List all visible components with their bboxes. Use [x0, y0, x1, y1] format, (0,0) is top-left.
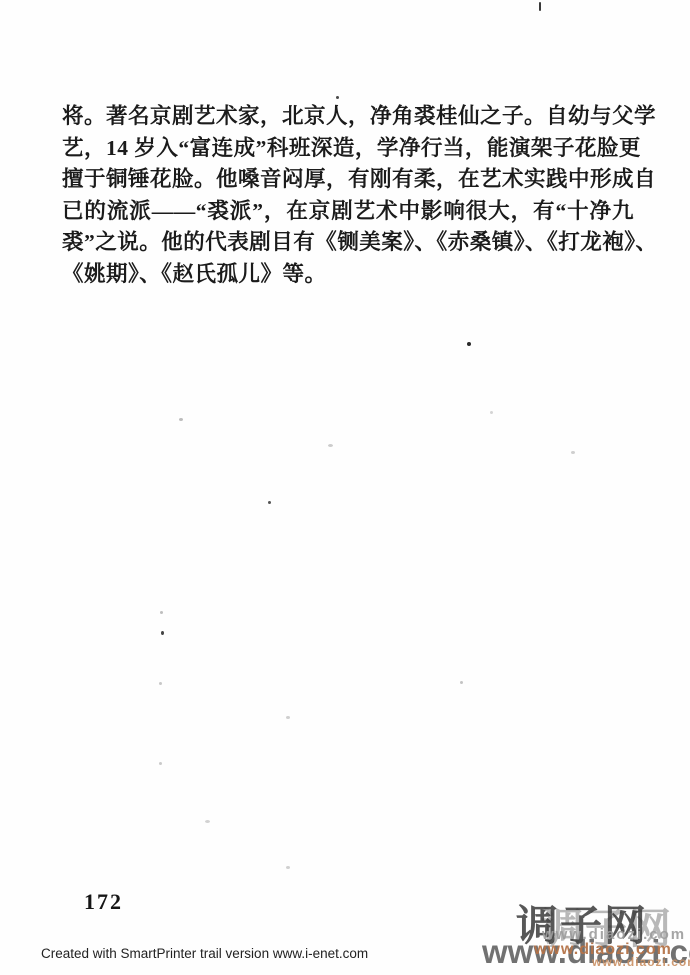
watermark-url-orange-ghost: www.diaozi.com	[592, 955, 690, 969]
paragraph-line: 已的流派——“裘派”，在京剧艺术中影响很大，有“十净九	[62, 196, 634, 228]
scan-speck	[490, 411, 493, 414]
scan-speck	[328, 444, 333, 447]
watermark-url-large: www.diaozi.com	[482, 933, 690, 971]
paragraph-line: 《姚期》、《赵氏孤儿》等。	[62, 259, 634, 291]
scan-speck	[268, 501, 271, 504]
paragraph-line: 擅于铜锤花脸。他嗓音闷厚，有刚有柔，在艺术实践中形成自	[62, 164, 634, 196]
scan-speck	[205, 820, 210, 823]
scan-speck	[160, 611, 163, 614]
paragraph-line: 裘”之说。他的代表剧目有《铡美案》、《赤桑镇》、《打龙袍》、	[62, 227, 634, 259]
body-text: 将。著名京剧艺术家，北京人，净角裘桂仙之子。自幼与父学 艺，14 岁入“富连成”…	[62, 101, 634, 291]
scan-speck	[159, 762, 162, 765]
paragraph-line: 艺，14 岁入“富连成”科班深造，学净行当，能演架子花脸更	[62, 133, 634, 165]
scan-speck	[571, 451, 575, 454]
printer-footer-text: Created with SmartPrinter trail version …	[41, 946, 368, 961]
scan-speck	[286, 866, 290, 869]
paragraph-line: 将。著名京剧艺术家，北京人，净角裘桂仙之子。自幼与父学	[62, 101, 634, 133]
scan-speck	[161, 631, 164, 635]
watermark-sitename-ghost: 调子网	[541, 896, 673, 956]
scan-speck	[336, 96, 339, 99]
scan-speck	[460, 681, 463, 684]
scanned-book-page: 将。著名京剧艺术家，北京人，净角裘桂仙之子。自幼与父学 艺，14 岁入“富连成”…	[0, 0, 690, 975]
scan-speck	[179, 418, 183, 421]
watermark-url-orange: www.diaozi.com	[534, 941, 672, 959]
scan-speck	[467, 342, 471, 346]
scan-speck	[159, 682, 162, 685]
scan-speck	[539, 2, 541, 11]
watermark-sitename: 调子网	[516, 893, 648, 953]
watermark-url-small: www.diaozi.com	[542, 926, 686, 943]
page-number: 172	[84, 889, 123, 915]
scan-speck	[286, 716, 290, 719]
